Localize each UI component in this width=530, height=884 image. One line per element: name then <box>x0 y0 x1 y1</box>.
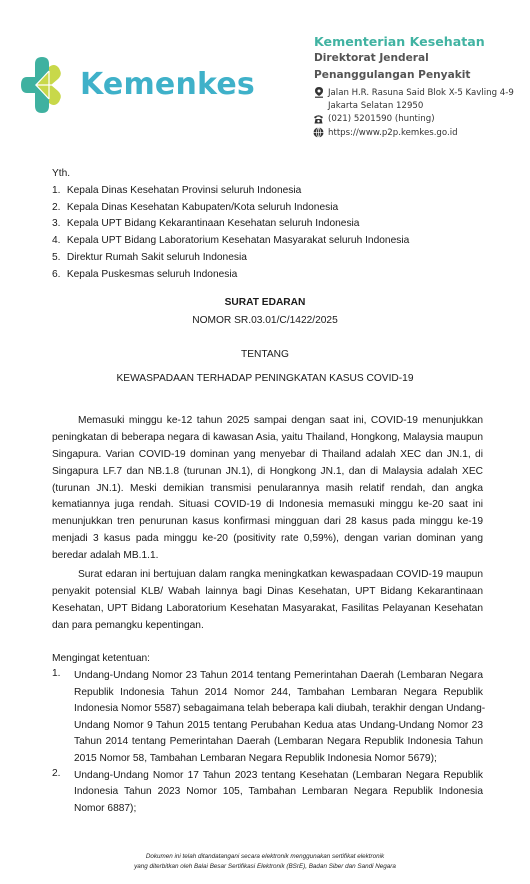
recipient-item: 2. Kepala Dinas Kesehatan Kabupaten/Kota… <box>52 200 409 217</box>
kemenkes-logo-icon <box>21 57 65 113</box>
contact-info: Jalan H.R. Rasuna Said Blok X-5 Kavling … <box>313 86 514 139</box>
ministry-name: Kementerian Kesehatan <box>314 33 485 50</box>
recipient-item: 6. Kepala Puskesmas seluruh Indonesia <box>52 267 409 284</box>
document-number: NOMOR SR.03.01/C/1422/2025 <box>0 315 530 326</box>
ministry-header: Kementerian Kesehatan Direktorat Jendera… <box>314 33 485 84</box>
footer-line1: Dokumen ini telah ditandatangani secara … <box>0 852 530 862</box>
consideration-item: 1. Undang-Undang Nomor 23 Tahun 2014 ten… <box>52 668 483 768</box>
kemenkes-logo-text: Kemenkes <box>80 68 255 102</box>
globe-icon <box>313 127 324 138</box>
recipients-block: Yth. 1. Kepala Dinas Kesehatan Provinsi … <box>52 166 409 284</box>
document-subject: KEWASPADAAN TERHADAP PENINGKATAN KASUS C… <box>0 373 530 384</box>
recipient-item: 3. Kepala UPT Bidang Kekarantinaan Keseh… <box>52 216 409 233</box>
recipient-item: 5. Direktur Rumah Sakit seluruh Indonesi… <box>52 250 409 267</box>
consideration-item: 2. Undang-Undang Nomor 17 Tahun 2023 ten… <box>52 768 483 818</box>
recipient-item: 4. Kepala UPT Bidang Laboratorium Keseha… <box>52 233 409 250</box>
address-line2: Jakarta Selatan 12950 <box>328 101 423 111</box>
website-link[interactable]: https://www.p2p.kemkes.go.id <box>328 128 458 138</box>
address-line1: Jalan H.R. Rasuna Said Blok X-5 Kavling … <box>328 88 514 98</box>
paragraph-1: Memasuki minggu ke-12 tahun 2025 sampai … <box>52 413 483 565</box>
esignature-footer: Dokumen ini telah ditandatangani secara … <box>0 852 530 871</box>
paragraph-2: Surat edaran ini bertujuan dalam rangka … <box>52 567 483 635</box>
document-type: SURAT EDARAN <box>0 297 530 308</box>
considerations-heading: Mengingat ketentuan: <box>52 650 150 667</box>
kemenkes-logo-mark <box>21 57 65 113</box>
directorate-line1: Direktorat Jenderal <box>314 50 485 67</box>
phone-number: (021) 5201590 (hunting) <box>328 114 435 124</box>
about-label: TENTANG <box>0 349 530 360</box>
considerations-list: 1. Undang-Undang Nomor 23 Tahun 2014 ten… <box>52 668 483 817</box>
recipient-item: 1. Kepala Dinas Kesehatan Provinsi selur… <box>52 183 409 200</box>
footer-line2: yang diterbitkan oleh Balai Besar Sertif… <box>0 862 530 872</box>
salutation: Yth. <box>52 166 409 183</box>
directorate-line2: Penanggulangan Penyakit <box>314 67 485 84</box>
telephone-icon <box>313 114 324 125</box>
location-pin-icon <box>313 87 324 98</box>
